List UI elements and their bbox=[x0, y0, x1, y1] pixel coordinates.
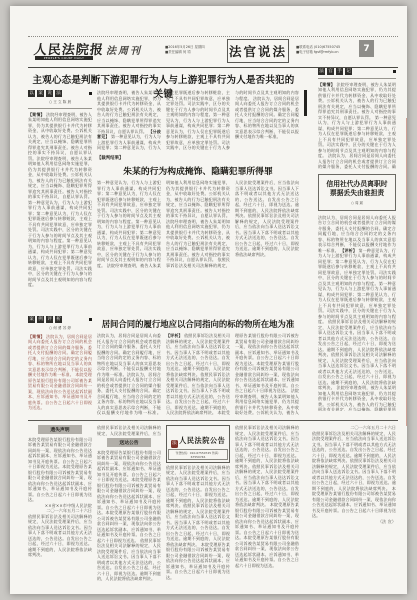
bottom-col2-text: 本院受理原告某银行股份有限公司诉被告某贸易有限公司金融借款合同纠纷一案，现依法向… bbox=[97, 450, 161, 582]
tag-review: 【评析】 bbox=[166, 333, 183, 338]
body-text: 法院认为，居间合同是居间人向委托人报告订立合同的机会或者提供订立合同的媒介服务，… bbox=[28, 334, 92, 378]
header-date-editor: ■2016年5月26日 星期四 ■责任编辑 何 靖 bbox=[165, 45, 205, 54]
header-contact: ■联系电话 (010)67550745 ■电子信箱 fgsf@rmfyb.cn bbox=[296, 45, 340, 54]
body-text: 法院认为，居间合同是居间人向委托人报告订立合同的机会或者提供订立合同的媒介服务，… bbox=[318, 153, 396, 170]
bottom-col1: 遗失声明 本院受理原告某银行股份有限公司诉被告某贸易有限公司金融借款合同纠纷一案… bbox=[28, 425, 92, 587]
flag-square: 评 bbox=[46, 316, 53, 323]
body-text: 依照民事诉讼法及相关司法解释的规定，人民法院受理案件后，应当依法向当事人送达诉讼… bbox=[166, 465, 230, 547]
flag-square: 官 bbox=[327, 68, 334, 75]
signature-brief: （法 宣） bbox=[312, 519, 396, 525]
body-text: 依照民事诉讼法及相关司法解释的规定，人民法院受理案件后，应当依法向当事人送达诉讼… bbox=[28, 514, 92, 558]
article-divider-bar bbox=[304, 90, 307, 116]
bottom-col4: 依照民事诉讼法及相关司法解释的规定，人民法院受理案件后，应当依法向当事人送达诉讼… bbox=[235, 425, 299, 581]
bottom-col3-text: 依照民事诉讼法及相关司法解释的规定，人民法院受理案件后，应当依法向当事人送达诉讼… bbox=[166, 465, 230, 589]
tag-review: 【评析】 bbox=[340, 248, 357, 253]
body-text: 依照民事诉讼法及相关司法解释的规定，人民法院受理案件后，应当依法向当事人送达诉讼… bbox=[97, 538, 161, 582]
page-number: 7 bbox=[359, 40, 374, 57]
court-emblem-icon: 法 bbox=[171, 440, 179, 448]
body-text: 依照民事诉讼法及相关司法解释的规定，人民法院受理案件后，应当依法向当事人送达诉讼… bbox=[97, 425, 161, 436]
side-feature-line1: 信用社代办员离职时 bbox=[321, 180, 393, 189]
body-text: 依照民事诉讼法及相关司法解释的规定，人民法院受理案件后，应当依法向当事人送达诉讼… bbox=[318, 319, 396, 390]
flag-square: 法 bbox=[318, 68, 325, 75]
flag-rule bbox=[318, 78, 396, 79]
flag-dot-icon bbox=[393, 70, 397, 74]
flag-square: 手 bbox=[336, 68, 343, 75]
body-text: 本院受理原告某银行股份有限公司诉被告某贸易有限公司金融借款合同纠纷一案，现依法向… bbox=[97, 450, 161, 543]
column-flag-squares: 法 官 手 记 bbox=[318, 68, 396, 75]
section-title: 法官说法 bbox=[227, 39, 289, 63]
main-article-upper-columns: 法院经审理查明，被告人朱某明知他人利用信息网络实施犯罪，仍为其提供银行卡并代为转… bbox=[97, 90, 299, 156]
bottom-col2: 依照民事诉讼法及相关司法解释的规定，人民法院受理案件后，应当依法向当事人送达诉讼… bbox=[97, 425, 161, 582]
flag-square: 案 bbox=[28, 316, 35, 323]
body-text: 本院受理原告某银行股份有限公司诉被告某贸易有限公司金融借款合同纠纷一案，现依法向… bbox=[312, 486, 396, 519]
editor-line: ■责任编辑 何 靖 bbox=[165, 50, 205, 55]
middle-article-col1: 案 例 评 析 ○ 何 勇 苏 婷 【案情】 法院认为，居间合同是居间人向委托人… bbox=[28, 316, 92, 412]
flag-square: 析 bbox=[55, 316, 62, 323]
body-text: 依照民事诉讼法及相关司法解释的规定，人民法院受理案件后，应当依法向当事人送达诉讼… bbox=[312, 431, 396, 491]
sub-headline: 朱某的行为构成掩饰、隐瞒犯罪所得罪 bbox=[97, 164, 299, 177]
side-article-text-top: 【案情】 法院经审理查明，被告人朱某明知他人利用信息网络实施犯罪，仍为其提供银行… bbox=[318, 82, 396, 170]
body-text: 法院经审理查明，被告人朱某明知他人利用信息网络实施犯罪，仍为其提供银行卡并代为转… bbox=[28, 112, 92, 200]
main-article-byline: ○ 王 立 陈 晨 bbox=[28, 100, 92, 105]
body-text: 本院受理原告某银行股份有限公司诉被告某贸易有限公司金融借款合同纠纷一案，现依法向… bbox=[235, 502, 299, 568]
side-feature-box: 信用社代办员离职时 票据丢失由谁担责 ○ 周 斌 bbox=[318, 174, 396, 211]
scan-artifact-line bbox=[406, 118, 407, 426]
phone-line: ■联系电话 (010)67550745 bbox=[296, 45, 340, 50]
bottom-col2-lead: 依照民事诉讼法及相关司法解释的规定，人民法院受理案件后，应当依法向当事人送达诉讼… bbox=[97, 425, 161, 436]
tag-case: 【案情】 bbox=[28, 334, 45, 339]
body-text: 法院认为，居间合同是居间人向委托人报告订立合同的机会或者提供订立合同的媒介服务，… bbox=[235, 96, 299, 140]
body-text: 第一种意见认为，行为人与上游犯罪行为人事前通谋，构成共同犯罪；第二种意见认为，行… bbox=[318, 115, 396, 159]
flag-dot-icon bbox=[89, 318, 93, 322]
side-article: 法 官 手 记 【案情】 法院经审理查明，被告人朱某明知他人利用信息网络实施犯罪… bbox=[318, 68, 396, 411]
masthead-script-logo: 法周刊 bbox=[106, 42, 142, 57]
email-line: ■电子信箱 fgsf@rmfyb.cn bbox=[296, 50, 340, 55]
flag-square: 记 bbox=[345, 68, 352, 75]
column-flag-squares: 案 例 评 析 bbox=[28, 316, 92, 323]
side-feature-line2: 票据丢失由谁担责 bbox=[321, 189, 393, 198]
masthead-latin-bar: PEOPLE'S COURT DAILY bbox=[35, 56, 93, 60]
body-text: 法院经审理查明，被告人朱某明知他人利用信息网络实施犯罪，仍为其提供银行卡并代为转… bbox=[97, 90, 161, 134]
body-text: 本院受理原告某银行股份有限公司诉被告某贸易有限公司金融借款合同纠纷一案，现依法向… bbox=[28, 372, 92, 410]
body-text: 依照民事诉讼法及相关司法解释的规定，人民法院受理案件后，应当依法向当事人送达诉讼… bbox=[235, 425, 299, 507]
byline-rule bbox=[28, 108, 92, 109]
flag-dot-icon bbox=[89, 92, 93, 96]
middle-article-text-col1: 【案情】 法院认为，居间合同是居间人向委托人报告订立合同的机会或者提供订立合同的… bbox=[28, 334, 92, 412]
body-text: 第一种意见认为，行为人与上游犯罪行为人事前通谋，构成共同犯罪；第二种意见认为，行… bbox=[97, 180, 161, 268]
bottom-col5: 二〇一六年五月二十六日 依照民事诉讼法及相关司法解释的规定，人民法院受理案件后，… bbox=[312, 425, 396, 573]
flag-square: 法 bbox=[55, 90, 62, 97]
body-text: 第一种意见认为，行为人与上游犯罪行为人事前通谋，构成共同犯罪；第二种意见认为，行… bbox=[28, 200, 92, 288]
bottom-col1-text: 本院受理原告某银行股份有限公司诉被告某贸易有限公司金融借款合同纠纷一案，现依法向… bbox=[28, 437, 92, 587]
side-article-text-bottom: 法院认为，居间合同是居间人向委托人报告订立合同的机会或者提供订立合同的媒介服务，… bbox=[318, 215, 396, 411]
sub-headline-tag: 【裁判结果】 bbox=[97, 155, 123, 161]
label-lost-declaration: 遗失声明 bbox=[38, 425, 82, 434]
tag-case: 【案情】 bbox=[318, 82, 335, 87]
bottom-section-rule bbox=[28, 420, 398, 421]
bottom-col3: 法人民法院公告 刊登热线：010-67550745 传真：67550746 依照… bbox=[166, 425, 230, 589]
flag-square: 说 bbox=[46, 90, 53, 97]
flag-square: 案 bbox=[37, 90, 44, 97]
court-notice-subline: 刊登热线：010-67550745 传真：67550746 bbox=[168, 449, 228, 460]
body-text: 本院受理原告某银行股份有限公司诉被告某贸易有限公司金融借款合同纠纷一案，现依法向… bbox=[166, 542, 230, 580]
tag-case: 【案情】 bbox=[28, 112, 45, 117]
header-top-dotted-rule bbox=[28, 36, 398, 37]
middle-article-byline: ○ 何 勇 苏 婷 bbox=[28, 326, 92, 331]
main-article-text-col1: 【案情】 法院经审理查明，被告人朱某明知他人利用信息网络实施犯罪，仍为其提供银行… bbox=[28, 112, 92, 312]
newspaper-page: 人民法院报 PEOPLE'S COURT DAILY 法周刊 ■2016年5月2… bbox=[10, 6, 407, 594]
main-article-col1: 以 案 说 法 ○ 王 立 陈 晨 【案情】 法院经审理查明，被告人朱某明知他人… bbox=[28, 90, 92, 312]
flag-square: 以 bbox=[28, 90, 35, 97]
side-feature-byline: ○ 周 斌 bbox=[321, 200, 393, 205]
body-text: 本院受理原告某银行股份有限公司诉被告某贸易有限公司金融借款合同纠纷一案，现依法向… bbox=[28, 437, 92, 503]
court-notice-title: 人民法院公告 bbox=[179, 436, 225, 445]
court-notice-header: 法人民法院公告 刊登热线：010-67550745 传真：67550746 bbox=[166, 425, 230, 463]
body-text: 依照民事诉讼法及相关司法解释的规定，人民法院受理案件后，应当依法向当事人送达诉讼… bbox=[166, 333, 230, 415]
middle-article-columns: 法院认为，居间合同是居间人向委托人报告订立合同的机会或者提供订立合同的媒介服务，… bbox=[97, 333, 299, 416]
body-text: 第一种意见认为，行为人与上游犯罪行为人事前通谋，构成共同犯罪；第二种意见认为，行… bbox=[318, 248, 396, 325]
column-flag-squares: 以 案 说 法 bbox=[28, 90, 92, 97]
main-article-lower-columns: 第一种意见认为，行为人与上游犯罪行为人事前通谋，构成共同犯罪；第二种意见认为，行… bbox=[97, 180, 299, 310]
middle-headline: 居间合同的履行地应以合同指向的标的物所在地为准 bbox=[97, 318, 299, 330]
label-delivery-notice: 送达公告 bbox=[107, 438, 151, 447]
flag-square: 例 bbox=[37, 316, 44, 323]
body-text: 法院认为，居间合同是居间人向委托人报告订立合同的机会或者提供订立合同的媒介服务，… bbox=[97, 333, 161, 415]
date-line: ■2016年5月26日 星期四 bbox=[165, 45, 205, 50]
